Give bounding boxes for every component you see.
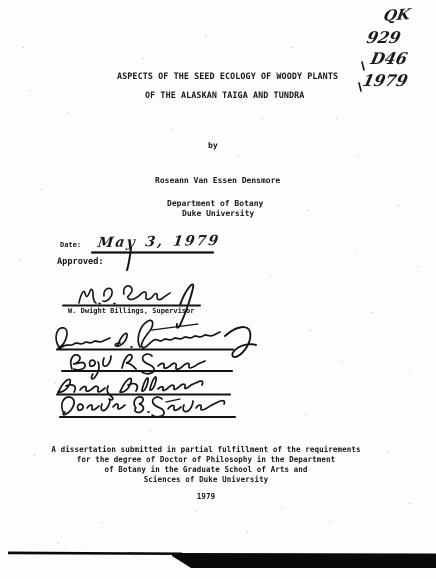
call-number-line: QK xyxy=(382,5,412,25)
title-line-1: ASPECTS OF THE SEED ECOLOGY OF WOODY PLA… xyxy=(117,71,338,81)
statement-line: A dissertation submitted in partial fulf… xyxy=(30,445,382,455)
signature-strain xyxy=(71,354,205,379)
dissertation-title-page: QK 929 D46 1979 ASPECTS OF THE SEED ECOL… xyxy=(0,0,436,579)
department: Department of Botany xyxy=(167,199,263,208)
publication-year: 1979 xyxy=(30,492,382,502)
author-name: Roseann Van Essen Densmore xyxy=(155,176,280,185)
byline: by xyxy=(208,140,218,150)
call-number-line: 929 xyxy=(365,28,402,47)
approved-label: Approved: xyxy=(57,257,104,267)
handwritten-date: May 3, 1979 xyxy=(97,233,221,251)
scan-edge-bar xyxy=(8,552,436,569)
call-number-line: D46 xyxy=(369,49,409,68)
signature-hellmers xyxy=(58,377,203,400)
call-number-line: 1979 xyxy=(361,71,410,90)
title-line-2: OF THE ALASKAN TAIGA AND TUNDRA xyxy=(145,90,304,100)
signature-stone xyxy=(62,397,225,417)
signature-christensen xyxy=(56,320,256,357)
dissertation-statement: A dissertation submitted in partial fulf… xyxy=(30,445,382,502)
statement-line: of Botany in the Graduate School of Arts… xyxy=(30,465,382,475)
scan-noise xyxy=(0,0,1,1)
date-descender xyxy=(127,248,131,270)
supervisor-caption: W. Dwight Billings, Supervisor xyxy=(68,307,194,315)
university: Duke University xyxy=(182,209,254,218)
statement-line: Sciences of Duke University xyxy=(30,475,382,485)
date-label: Date: xyxy=(60,241,81,249)
statement-line: for the degree of Doctor of Philosophy i… xyxy=(30,455,382,465)
